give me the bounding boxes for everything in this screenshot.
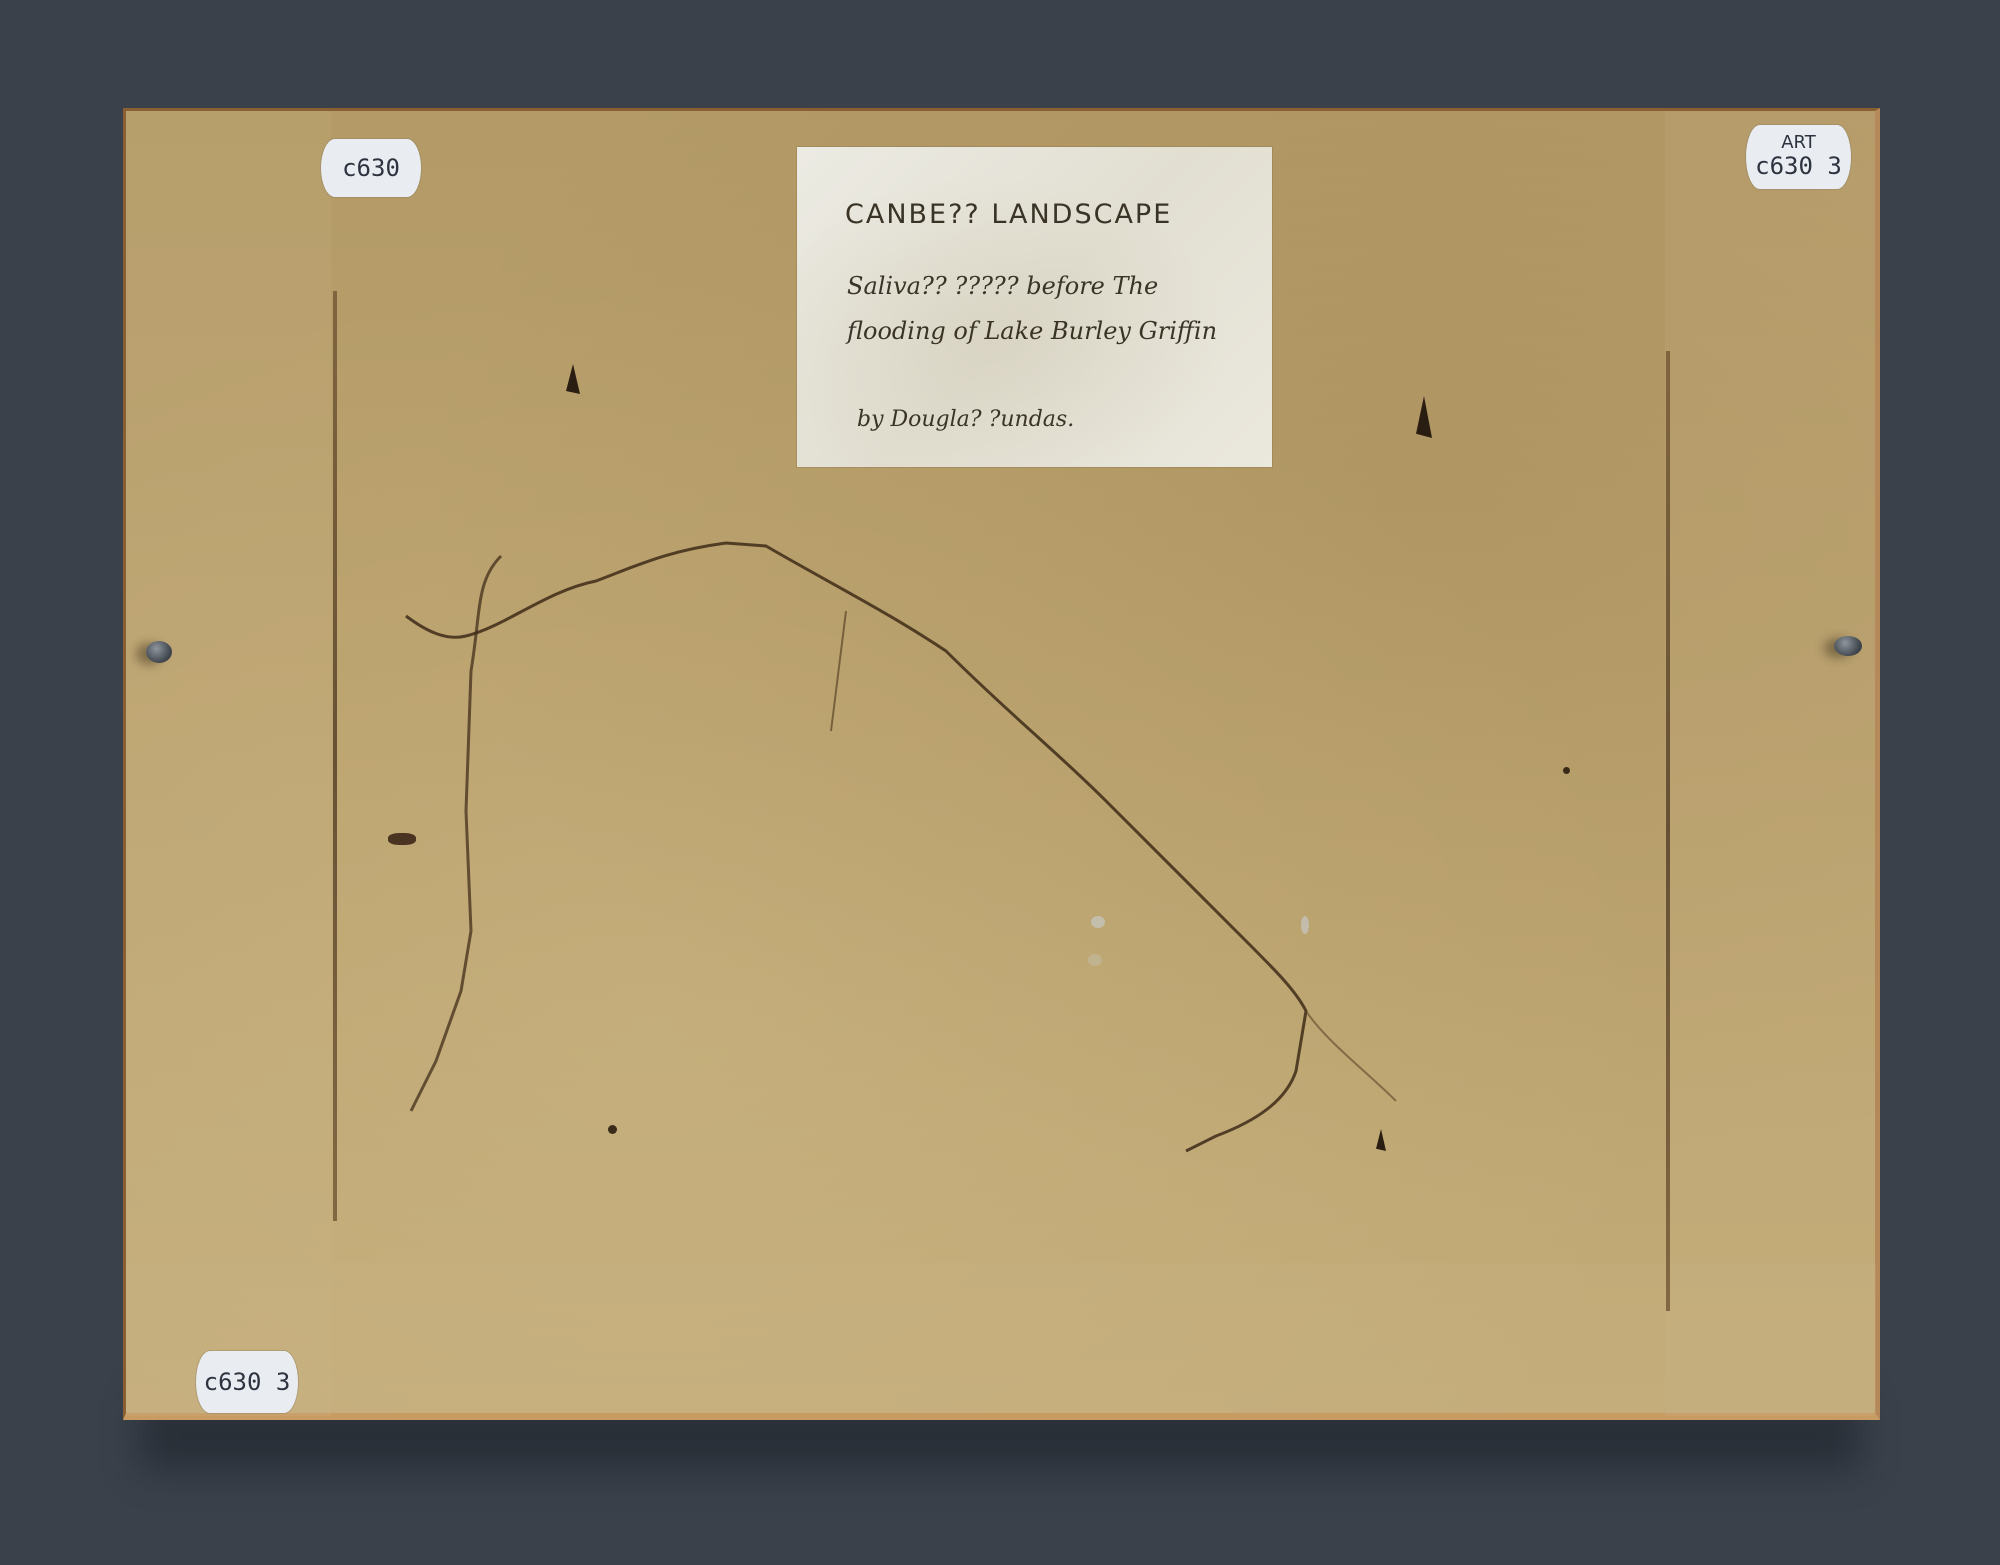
tag-code: c630 3 <box>1755 152 1842 180</box>
inventory-tag-bottom-left: c630 3 <box>196 1351 298 1413</box>
label-artist: by Dougla? ?undas. <box>857 407 1074 432</box>
tag-code: c630 3 <box>204 1368 291 1396</box>
label-line-1: Saliva?? ????? before The <box>847 272 1158 300</box>
upper-left-hole-icon <box>566 364 580 394</box>
left-seam <box>333 291 337 1221</box>
stain-spot <box>1091 916 1105 928</box>
small-hole-icon <box>1563 767 1570 774</box>
right-tape-strip <box>1665 111 1875 1416</box>
label-title: CANBE?? LANDSCAPE <box>845 199 1172 230</box>
upper-right-hole-icon <box>1416 396 1432 438</box>
tag-category: ART <box>1781 134 1816 152</box>
bottom-tape-strip <box>126 1263 1876 1413</box>
frame-backing-board: CANBE?? LANDSCAPE Saliva?? ????? before … <box>123 108 1880 1420</box>
small-hole-icon <box>608 1125 617 1134</box>
left-tape-strip <box>126 111 331 1416</box>
inventory-tag-top-left: c630 <box>321 139 421 197</box>
handwritten-title-label: CANBE?? LANDSCAPE Saliva?? ????? before … <box>797 147 1272 467</box>
inventory-tag-top-right: ART c630 3 <box>1746 125 1851 189</box>
right-seam <box>1666 351 1670 1311</box>
tag-code: c630 <box>342 154 400 182</box>
photo-scene: CANBE?? LANDSCAPE Saliva?? ????? before … <box>0 0 2000 1565</box>
stain-spot <box>1301 916 1309 934</box>
rust-mark-icon <box>388 833 416 845</box>
left-nail-icon <box>146 641 172 663</box>
lower-right-hole-icon <box>1376 1129 1386 1151</box>
right-nail-icon <box>1834 636 1862 656</box>
stain-spot <box>1088 954 1102 966</box>
label-line-2: flooding of Lake Burley Griffin <box>847 317 1217 345</box>
